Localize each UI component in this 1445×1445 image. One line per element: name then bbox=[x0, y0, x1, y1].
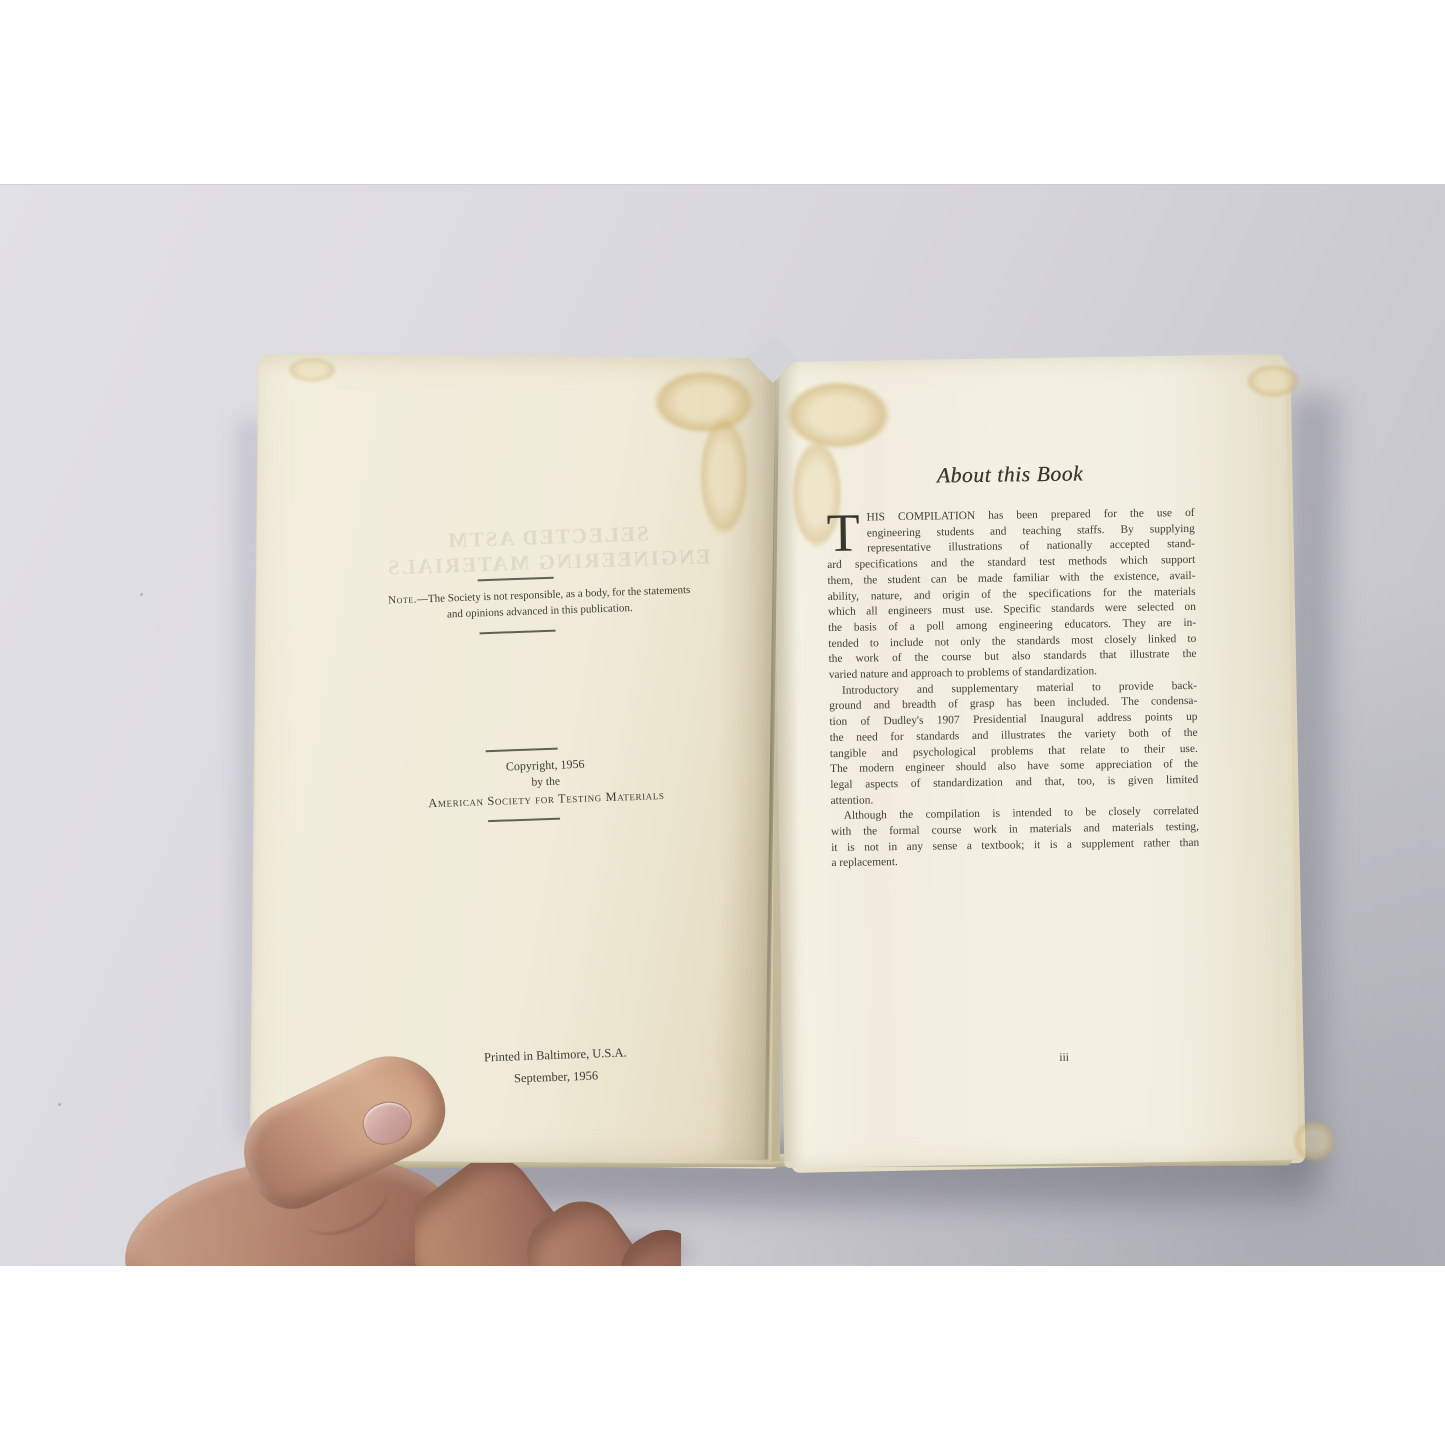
surface-speck bbox=[140, 593, 143, 596]
surface-speck bbox=[58, 1103, 61, 1106]
paragraph-1: T HIS COMPILATION has been prepared for … bbox=[827, 506, 1197, 684]
show-through-title: SELECTED ASTM ENGINEERING MATERIALS bbox=[347, 518, 749, 582]
drop-cap: T bbox=[827, 513, 861, 558]
left-page-content: SELECTED ASTM ENGINEERING MATERIALS Note… bbox=[256, 342, 784, 1179]
divider-rule bbox=[486, 748, 558, 752]
fingers bbox=[415, 1163, 681, 1267]
photo-white-band-top bbox=[0, 0, 1445, 184]
body-text: T HIS COMPILATION has been prepared for … bbox=[827, 506, 1200, 872]
page-number: iii bbox=[1044, 1051, 1084, 1064]
chapter-heading: About this Book bbox=[826, 460, 1194, 490]
paragraph-1-lines: HIS COMPILATION has been prepared for th… bbox=[827, 506, 1197, 684]
paragraph-3-lines: Although the compilation is intended to … bbox=[831, 804, 1200, 872]
divider-rule bbox=[480, 630, 556, 634]
divider-rule bbox=[478, 577, 554, 581]
paragraph-2-lines: Introductory and supplementary material … bbox=[829, 679, 1199, 810]
paragraph-2: Introductory and supplementary material … bbox=[829, 679, 1199, 810]
photo-white-band-bottom bbox=[0, 1266, 1445, 1445]
right-page-content: About this Book T HIS COMPILATION has be… bbox=[789, 347, 1300, 1174]
divider-rule bbox=[488, 818, 560, 822]
open-book: SELECTED ASTM ENGINEERING MATERIALS Note… bbox=[250, 350, 1300, 1170]
paragraph-3: Although the compilation is intended to … bbox=[831, 804, 1200, 872]
note-label: Note. bbox=[388, 594, 417, 607]
book-photo: SELECTED ASTM ENGINEERING MATERIALS Note… bbox=[0, 0, 1445, 1445]
society-note: Note.—The Society is not responsible, as… bbox=[339, 580, 740, 626]
